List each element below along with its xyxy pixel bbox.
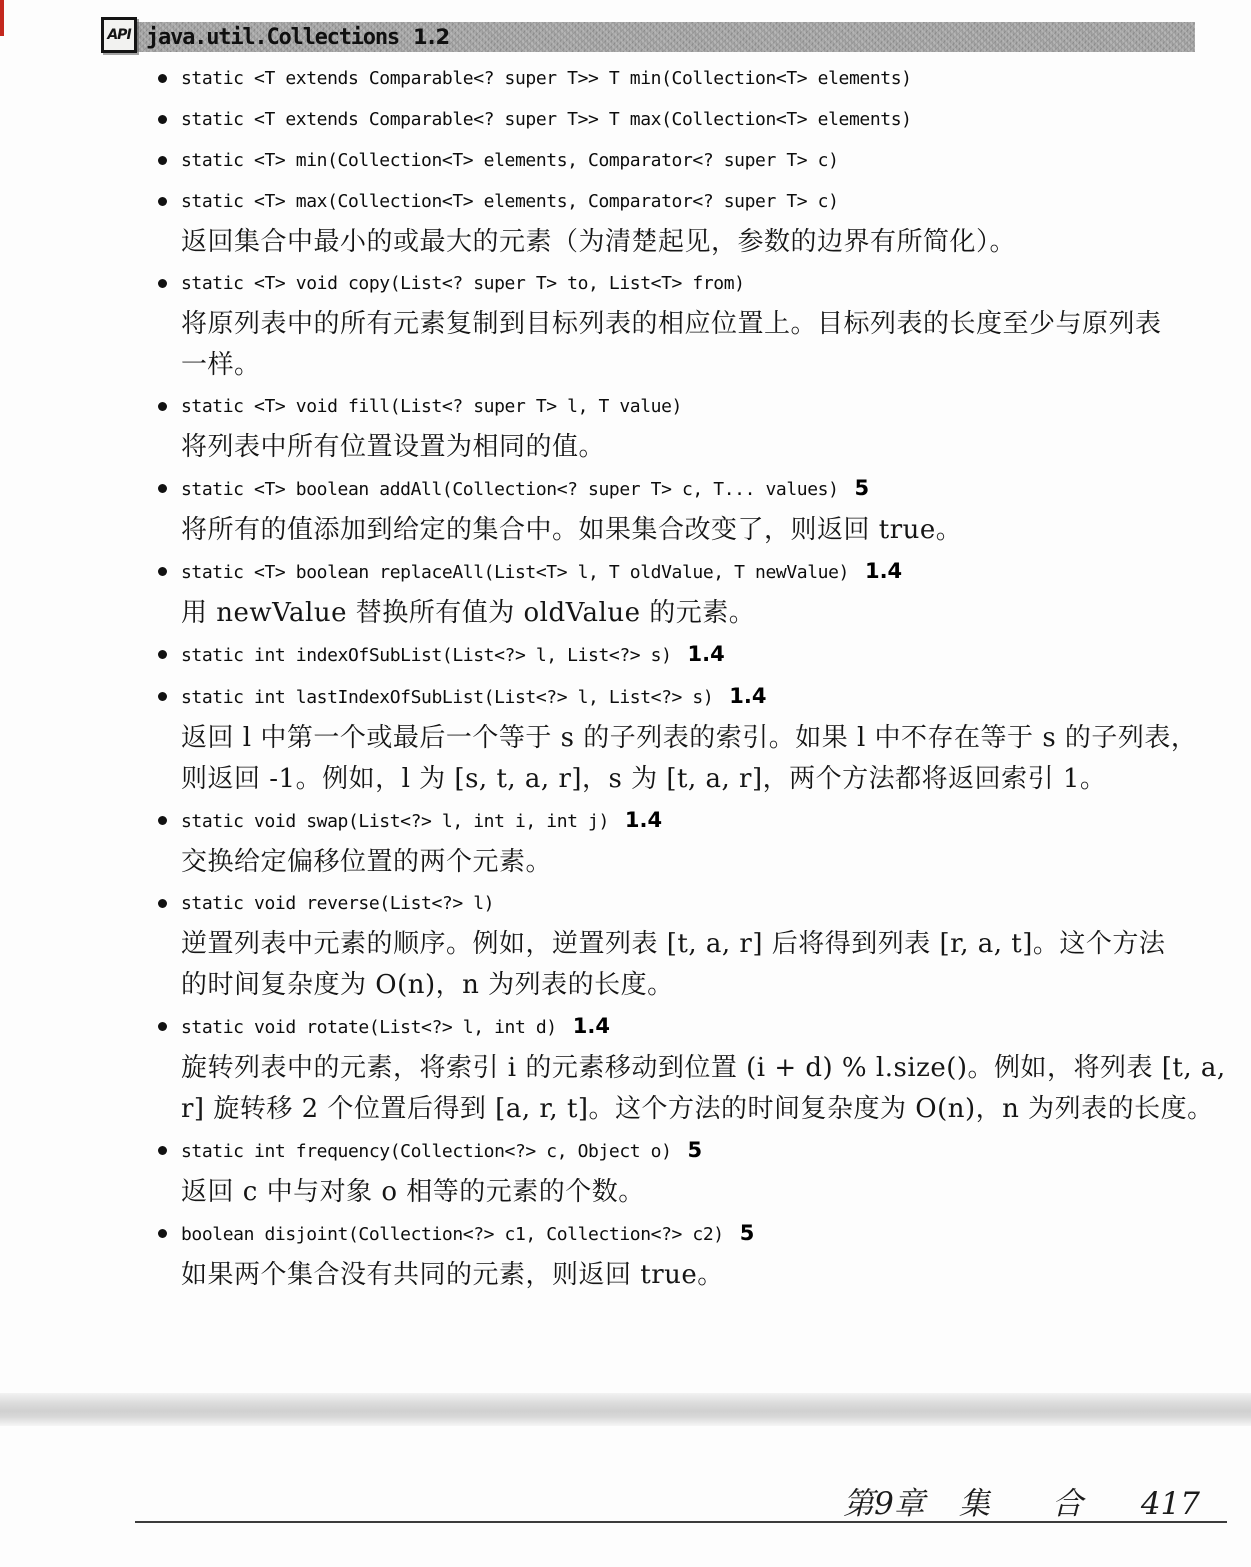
api-method-description: 旋转列表中的元素，将索引 i 的元素移动到位置 (i + d) % l.size… bbox=[155, 1048, 1200, 1130]
method-code: static int frequency(Collection<?> c, Ob… bbox=[181, 1141, 672, 1162]
since-version-badge: 5 bbox=[855, 476, 870, 500]
description-line: 返回集合中最小的或最大的元素（为清楚起见，参数的边界有所简化）。 bbox=[181, 222, 1200, 263]
api-method-description: 用 newValue 替换所有值为 oldValue 的元素。 bbox=[155, 593, 1200, 634]
since-version-badge: 5 bbox=[740, 1221, 755, 1245]
since-version-badge: 1.4 bbox=[625, 808, 662, 832]
method-code: static int lastIndexOfSubList(List<?> l,… bbox=[181, 687, 713, 708]
bullet-icon bbox=[158, 74, 167, 83]
api-method-signature: static <T> boolean addAll(Collection<? s… bbox=[155, 468, 1200, 510]
page-footer: 第9章集合417 bbox=[0, 1478, 1200, 1523]
bullet-icon bbox=[158, 1229, 167, 1238]
method-code: static <T> boolean replaceAll(List<T> l,… bbox=[181, 562, 849, 583]
bullet-icon bbox=[158, 1146, 167, 1155]
bullet-icon bbox=[158, 1022, 167, 1031]
method-code: static <T> min(Collection<T> elements, C… bbox=[181, 150, 839, 171]
method-code: static void reverse(List<?> l) bbox=[181, 893, 494, 914]
bullet-icon bbox=[158, 156, 167, 165]
method-code: static int indexOfSubList(List<?> l, Lis… bbox=[181, 645, 672, 666]
method-code: static <T> boolean addAll(Collection<? s… bbox=[181, 479, 839, 500]
footer-chapter: 第9章 bbox=[843, 1486, 925, 1522]
method-code: static <T extends Comparable<? super T>>… bbox=[181, 68, 912, 89]
description-line: 如果两个集合没有共同的元素，则返回 true。 bbox=[181, 1255, 1200, 1296]
bullet-icon bbox=[158, 402, 167, 411]
class-name: java.util.Collections bbox=[146, 25, 399, 50]
method-code: static void rotate(List<?> l, int d) bbox=[181, 1017, 557, 1038]
api-method-signature: static int frequency(Collection<?> c, Ob… bbox=[155, 1130, 1200, 1172]
description-line: 逆置列表中元素的顺序。例如，逆置列表 [t, a, r] 后将得到列表 [r, … bbox=[181, 924, 1200, 965]
description-line: 旋转列表中的元素，将索引 i 的元素移动到位置 (i + d) % l.size… bbox=[181, 1048, 1200, 1089]
since-version-badge: 1.4 bbox=[729, 684, 766, 708]
api-method-signature: static <T> boolean replaceAll(List<T> l,… bbox=[155, 551, 1200, 593]
api-method-signature: static void reverse(List<?> l) bbox=[155, 883, 1200, 924]
since-version-badge: 5 bbox=[688, 1138, 703, 1162]
api-method-signature: static <T> void copy(List<? super T> to,… bbox=[155, 263, 1200, 304]
footer-rule bbox=[135, 1521, 1227, 1523]
bullet-icon bbox=[158, 484, 167, 493]
bullet-icon bbox=[158, 567, 167, 576]
bullet-icon bbox=[158, 816, 167, 825]
since-version-badge: 1.4 bbox=[688, 642, 725, 666]
method-code: static <T> void fill(List<? super T> l, … bbox=[181, 396, 682, 417]
api-method-signature: boolean disjoint(Collection<?> c1, Colle… bbox=[155, 1213, 1200, 1255]
bullet-icon bbox=[158, 279, 167, 288]
bullet-icon bbox=[158, 692, 167, 701]
description-line: 返回 c 中与对象 o 相等的元素的个数。 bbox=[181, 1172, 1200, 1213]
bullet-icon bbox=[158, 650, 167, 659]
since-version-badge: 1.4 bbox=[573, 1014, 610, 1038]
footer-section-word-1: 集 bbox=[959, 1486, 990, 1522]
description-line: 将原列表中的所有元素复制到目标列表的相应位置上。目标列表的长度至少与原列表 bbox=[181, 304, 1200, 345]
method-code: static <T extends Comparable<? super T>>… bbox=[181, 109, 912, 130]
description-line: 将所有的值添加到给定的集合中。如果集合改变了，则返回 true。 bbox=[181, 510, 1200, 551]
description-line: r] 旋转移 2 个位置后得到 [a, r, t]。这个方法的时间复杂度为 O(… bbox=[181, 1089, 1200, 1130]
api-method-description: 将列表中所有位置设置为相同的值。 bbox=[155, 427, 1200, 468]
method-code: static <T> max(Collection<T> elements, C… bbox=[181, 191, 839, 212]
description-line: 的时间复杂度为 O(n)，n 为列表的长度。 bbox=[181, 965, 1200, 1006]
api-method-description: 将所有的值添加到给定的集合中。如果集合改变了，则返回 true。 bbox=[155, 510, 1200, 551]
bullet-icon bbox=[158, 197, 167, 206]
class-since-version: 1.2 bbox=[413, 25, 450, 49]
since-version-badge: 1.4 bbox=[865, 559, 902, 583]
api-method-description: 返回 c 中与对象 o 相等的元素的个数。 bbox=[155, 1172, 1200, 1213]
description-line: 交换给定偏移位置的两个元素。 bbox=[181, 842, 1200, 883]
description-line: 一样。 bbox=[181, 345, 1200, 386]
description-line: 返回 l 中第一个或最后一个等于 s 的子列表的索引。如果 l 中不存在等于 s… bbox=[181, 718, 1200, 759]
method-code: static void swap(List<?> l, int i, int j… bbox=[181, 811, 609, 832]
description-line: 将列表中所有位置设置为相同的值。 bbox=[181, 427, 1200, 468]
api-badge-icon: API bbox=[101, 17, 137, 53]
api-member-list: static <T extends Comparable<? super T>>… bbox=[155, 58, 1200, 1296]
api-method-description: 返回 l 中第一个或最后一个等于 s 的子列表的索引。如果 l 中不存在等于 s… bbox=[155, 718, 1200, 800]
footer-page-number: 417 bbox=[1141, 1486, 1200, 1522]
api-method-signature: static <T> void fill(List<? super T> l, … bbox=[155, 386, 1200, 427]
api-method-signature: static int lastIndexOfSubList(List<?> l,… bbox=[155, 676, 1200, 718]
api-method-signature: static <T extends Comparable<? super T>>… bbox=[155, 99, 1200, 140]
scan-artifact-red-mark bbox=[0, 0, 4, 36]
method-code: static <T> void copy(List<? super T> to,… bbox=[181, 273, 745, 294]
api-method-signature: static void swap(List<?> l, int i, int j… bbox=[155, 800, 1200, 842]
footer-section-word-2: 合 bbox=[1052, 1486, 1083, 1522]
api-method-signature: static int indexOfSubList(List<?> l, Lis… bbox=[155, 634, 1200, 676]
bullet-icon bbox=[158, 115, 167, 124]
book-page: API java.util.Collections 1.2 static <T … bbox=[0, 0, 1251, 1567]
api-header-title: java.util.Collections 1.2 bbox=[146, 21, 450, 53]
method-code: boolean disjoint(Collection<?> c1, Colle… bbox=[181, 1224, 724, 1245]
api-method-signature: static <T extends Comparable<? super T>>… bbox=[155, 58, 1200, 99]
api-method-description: 返回集合中最小的或最大的元素（为清楚起见，参数的边界有所简化）。 bbox=[155, 222, 1200, 263]
api-method-description: 逆置列表中元素的顺序。例如，逆置列表 [t, a, r] 后将得到列表 [r, … bbox=[155, 924, 1200, 1006]
api-method-description: 将原列表中的所有元素复制到目标列表的相应位置上。目标列表的长度至少与原列表一样。 bbox=[155, 304, 1200, 386]
api-method-description: 交换给定偏移位置的两个元素。 bbox=[155, 842, 1200, 883]
api-method-signature: static <T> min(Collection<T> elements, C… bbox=[155, 140, 1200, 181]
scan-artifact-band bbox=[0, 1393, 1251, 1426]
description-line: 用 newValue 替换所有值为 oldValue 的元素。 bbox=[181, 593, 1200, 634]
bullet-icon bbox=[158, 899, 167, 908]
api-method-signature: static <T> max(Collection<T> elements, C… bbox=[155, 181, 1200, 222]
api-method-signature: static void rotate(List<?> l, int d)1.4 bbox=[155, 1006, 1200, 1048]
description-line: 则返回 -1。例如，l 为 [s, t, a, r]，s 为 [t, a, r]… bbox=[181, 759, 1200, 800]
api-method-description: 如果两个集合没有共同的元素，则返回 true。 bbox=[155, 1255, 1200, 1296]
